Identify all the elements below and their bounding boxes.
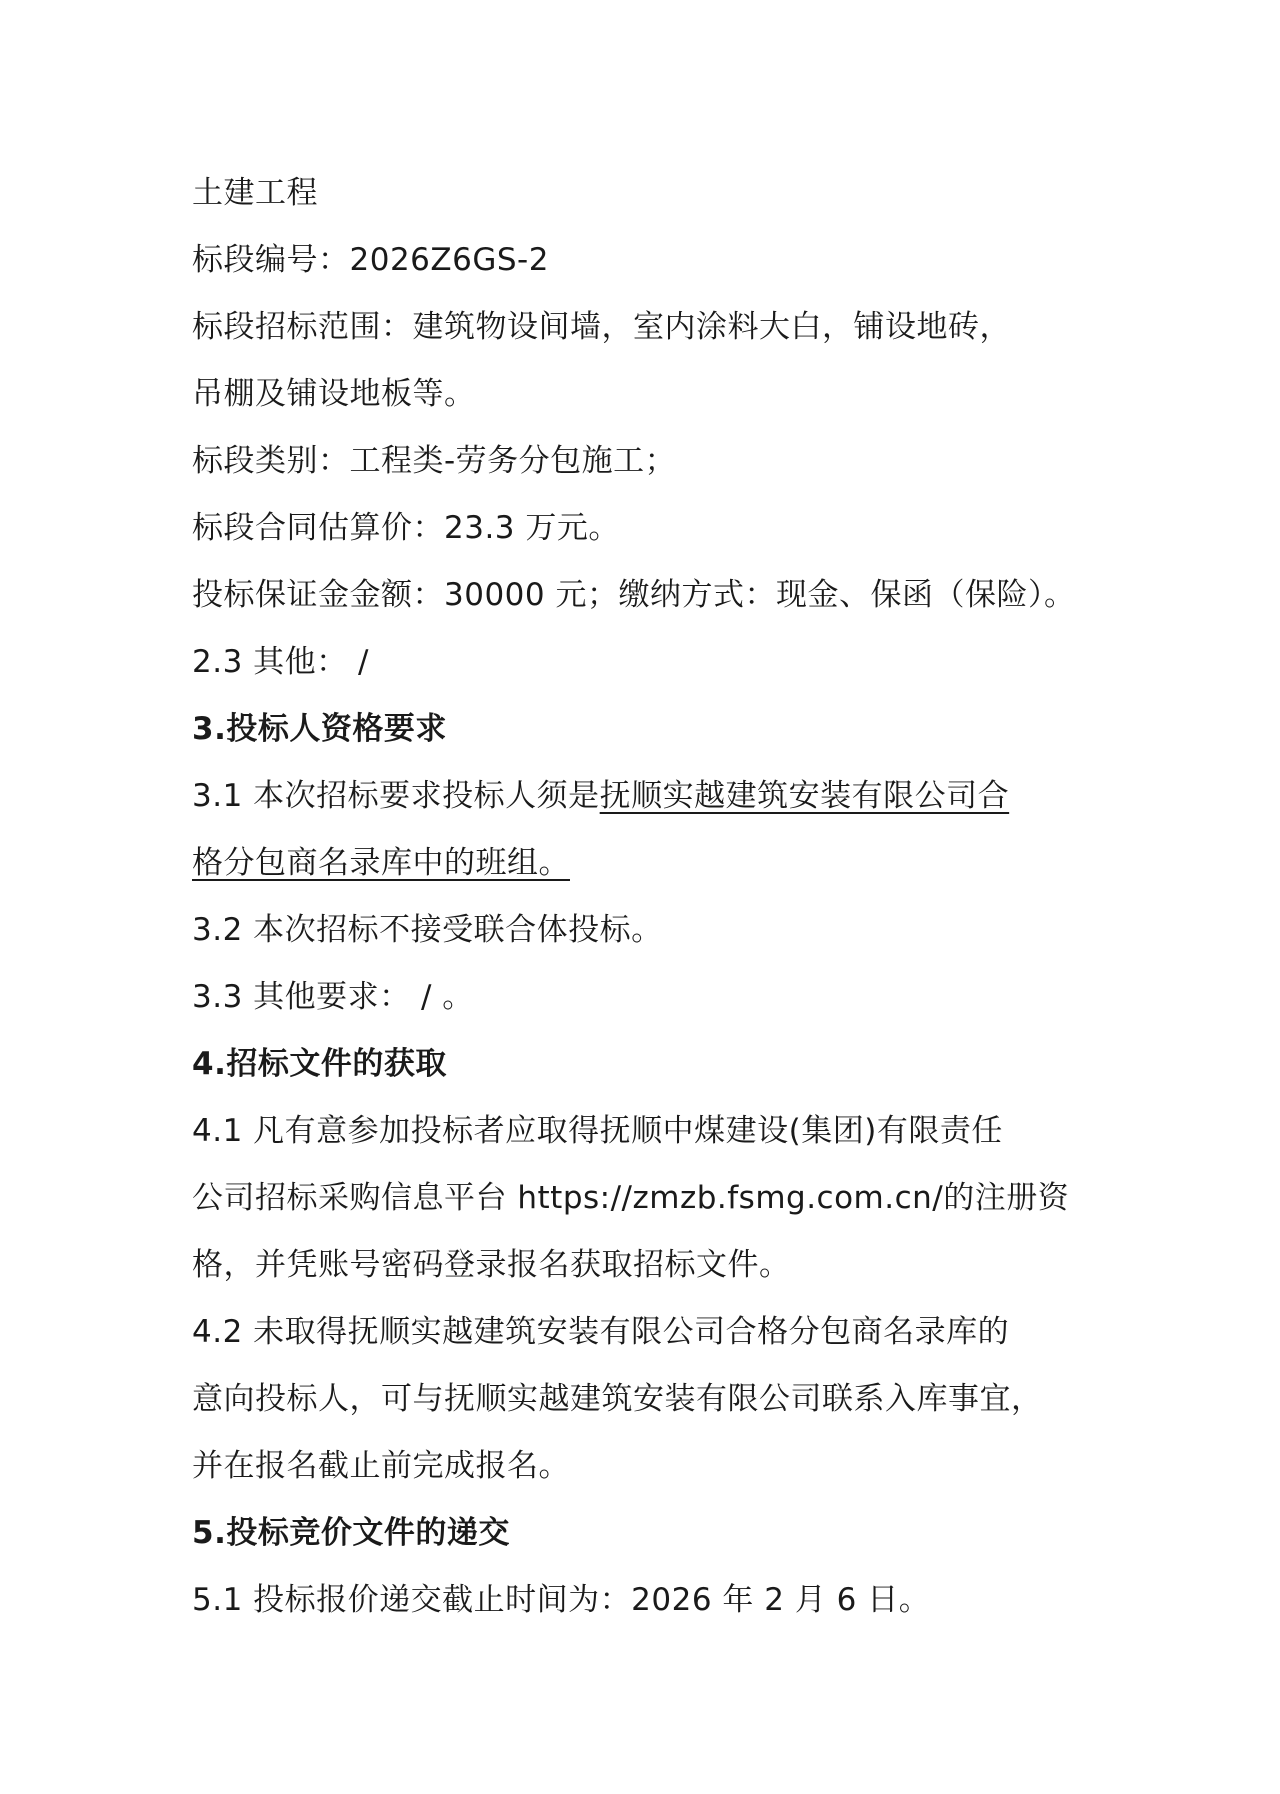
item-3-3: 3.3 其他要求： / 。: [192, 964, 1132, 1031]
item-4-2-line-3: 并在报名截止前完成报名。: [192, 1433, 1132, 1500]
category-label: 标段类别：: [192, 443, 350, 479]
item-2-3: 2.3 其他： /: [192, 629, 1132, 696]
item-3-1-underlined-2: 格分包商名录库中的班组。: [192, 845, 570, 881]
heading-obtain-documents: 4.招标文件的获取: [192, 1031, 1132, 1098]
scope-label: 标段招标范围：: [192, 309, 413, 345]
item-3-1-line-1: 3.1 本次招标要求投标人须是抚顺实越建筑安装有限公司合: [192, 763, 1132, 830]
item-4-2-line-1: 4.2 未取得抚顺实越建筑安装有限公司合格分包商名录库的: [192, 1299, 1132, 1366]
scope-line-1: 标段招标范围：建筑物设间墙，室内涂料大白，铺设地砖，: [192, 294, 1132, 361]
lot-number-label: 标段编号：: [192, 242, 350, 278]
heading-bidder-qualifications: 3.投标人资格要求: [192, 696, 1132, 763]
estimate-value: 23.3 万元。: [444, 510, 620, 546]
item-4-2-line-2: 意向投标人，可与抚顺实越建筑安装有限公司联系入库事宜，: [192, 1366, 1132, 1433]
item-3-1-underlined-1: 抚顺实越建筑安装有限公司合: [600, 778, 1010, 814]
item-3-1-line-2: 格分包商名录库中的班组。: [192, 830, 1132, 897]
item-3-2: 3.2 本次招标不接受联合体投标。: [192, 897, 1132, 964]
document-page: 土建工程 标段编号：2026Z6GS-2 标段招标范围：建筑物设间墙，室内涂料大…: [192, 160, 1132, 1634]
item-4-1-prefix: 公司招标采购信息平台: [192, 1180, 517, 1216]
item-4-1-line-2: 公司招标采购信息平台 https://zmzb.fsmg.com.cn/的注册资: [192, 1165, 1132, 1232]
lot-number-line: 标段编号：2026Z6GS-2: [192, 227, 1132, 294]
item-3-1-prefix: 3.1 本次招标要求投标人须是: [192, 778, 600, 814]
item-4-1-line-1: 4.1 凡有意参加投标者应取得抚顺中煤建设(集团)有限责任: [192, 1098, 1132, 1165]
estimate-line: 标段合同估算价：23.3 万元。: [192, 495, 1132, 562]
category-value: 工程类-劳务分包施工；: [350, 443, 677, 479]
item-5-1: 5.1 投标报价递交截止时间为：2026 年 2 月 6 日。: [192, 1567, 1132, 1634]
platform-url-link[interactable]: https://zmzb.fsmg.com.cn/: [517, 1180, 943, 1216]
category-line: 标段类别：工程类-劳务分包施工；: [192, 428, 1132, 495]
section-title: 土建工程: [192, 160, 1132, 227]
item-4-1-line-3: 格，并凭账号密码登录报名获取招标文件。: [192, 1232, 1132, 1299]
scope-text-1: 建筑物设间墙，室内涂料大白，铺设地砖，: [413, 309, 1012, 345]
scope-line-2: 吊棚及铺设地板等。: [192, 361, 1132, 428]
estimate-label: 标段合同估算价：: [192, 510, 444, 546]
heading-submission: 5.投标竞价文件的递交: [192, 1500, 1132, 1567]
item-4-1-suffix: 的注册资: [943, 1180, 1069, 1216]
lot-number-value: 2026Z6GS-2: [350, 242, 549, 278]
deposit-line: 投标保证金金额：30000 元；缴纳方式：现金、保函（保险）。: [192, 562, 1132, 629]
